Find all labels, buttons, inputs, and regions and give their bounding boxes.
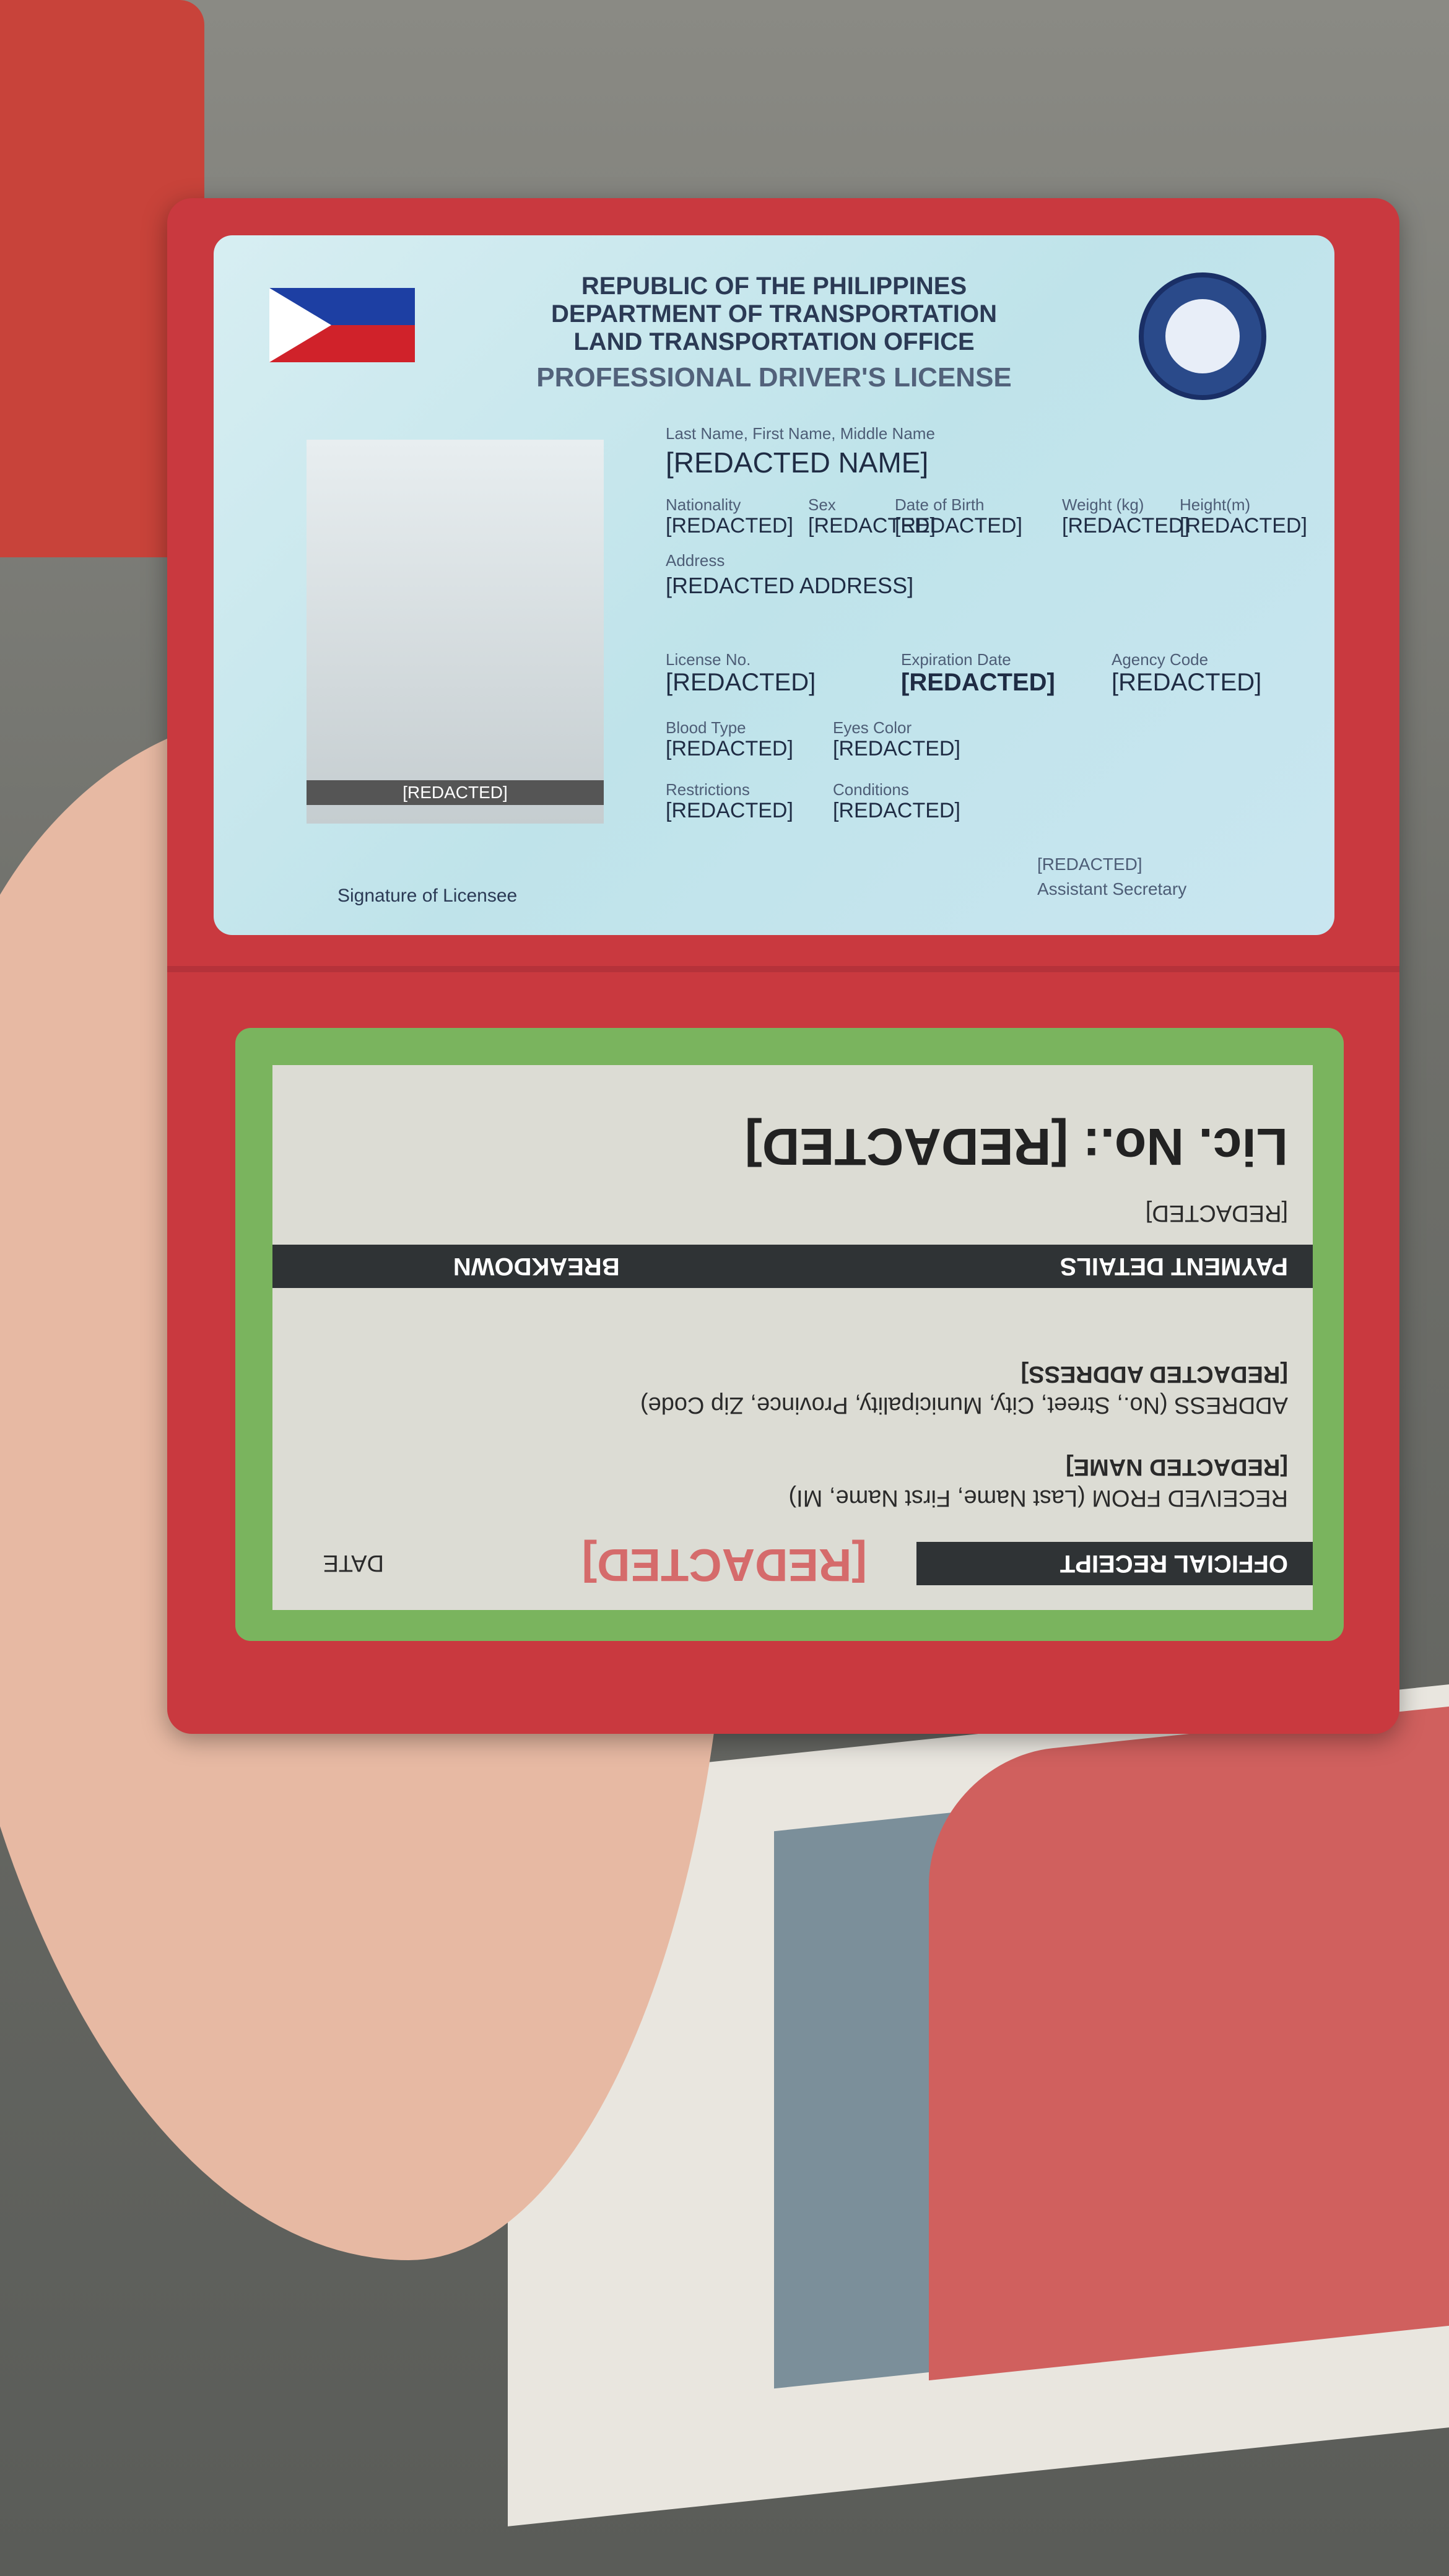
conditions-label: Conditions (833, 780, 909, 799)
agency-code-label: Agency Code (1112, 650, 1208, 669)
header-line-2: DEPARTMENT OF TRANSPORTATION (214, 300, 1334, 328)
blood-type-value: [REDACTED] (666, 737, 793, 761)
header-line-3: LAND TRANSPORTATION OFFICE (214, 328, 1334, 356)
official-name: [REDACTED] (1037, 855, 1142, 874)
restrictions-value: [REDACTED] (666, 799, 793, 823)
license-type-title: PROFESSIONAL DRIVER'S LICENSE (214, 362, 1334, 393)
sex-label: Sex (808, 495, 836, 515)
expiration-value: [REDACTED] (901, 669, 1055, 697)
wallet-top-panel: REPUBLIC OF THE PHILIPPINES DEPARTMENT O… (167, 198, 1399, 972)
address-label: Address (666, 551, 724, 570)
license-no-value: [REDACTED] (666, 669, 816, 697)
background-sack-print-red (929, 1707, 1449, 2380)
official-receipt: OFFICIAL RECEIPT [REDACTED] DATE RECEIVE… (272, 1065, 1313, 1610)
nationality-value: [REDACTED] (666, 514, 793, 538)
weight-value: [REDACTED] (1062, 514, 1190, 538)
name-value: [REDACTED NAME] (666, 446, 928, 479)
breakdown-label: BREAKDOWN (453, 1253, 620, 1280)
received-from-value: [REDACTED NAME] (1066, 1453, 1288, 1480)
height-label: Height(m) (1180, 495, 1250, 515)
license-header: REPUBLIC OF THE PHILIPPINES DEPARTMENT O… (214, 272, 1334, 393)
receipt-title: OFFICIAL RECEIPT (916, 1542, 1313, 1585)
receipt-license-number: Lic. No.: [REDACTED] (745, 1116, 1288, 1177)
header-line-1: REPUBLIC OF THE PHILIPPINES (214, 272, 1334, 300)
licensee-photo (307, 440, 604, 824)
license-no-label: License No. (666, 650, 751, 669)
restrictions-label: Restrictions (666, 780, 750, 799)
official-receipt-sleeve: OFFICIAL RECEIPT [REDACTED] DATE RECEIVE… (235, 1028, 1344, 1641)
dob-value: [REDACTED] (895, 514, 1022, 538)
address-value: [REDACTED ADDRESS] (666, 573, 913, 599)
address-label: ADDRESS (No., Street, City, Municipality… (640, 1391, 1288, 1418)
agency-code-value: [REDACTED] (1112, 669, 1261, 697)
address-value: [REDACTED ADDRESS] (1021, 1360, 1288, 1387)
signature-label: Signature of Licensee (337, 885, 517, 907)
dob-label: Date of Birth (895, 495, 985, 515)
weight-label: Weight (kg) (1062, 495, 1144, 515)
blood-type-label: Blood Type (666, 718, 746, 738)
eyes-color-value: [REDACTED] (833, 737, 960, 761)
date-label: DATE (323, 1549, 384, 1576)
name-label: Last Name, First Name, Middle Name (666, 424, 935, 443)
photo-date: [REDACTED] (307, 780, 604, 805)
expiration-label: Expiration Date (901, 650, 1011, 669)
official-title: Assistant Secretary (1037, 879, 1186, 899)
conditions-value: [REDACTED] (833, 799, 960, 823)
drivers-license-card: REPUBLIC OF THE PHILIPPINES DEPARTMENT O… (214, 235, 1334, 935)
wallet-bottom-panel: OFFICIAL RECEIPT [REDACTED] DATE RECEIVE… (167, 972, 1399, 1734)
transaction-number: [REDACTED] (1146, 1199, 1288, 1226)
license-wallet: REPUBLIC OF THE PHILIPPINES DEPARTMENT O… (167, 198, 1399, 1734)
received-from-label: RECEIVED FROM (Last Name, First Name, MI… (788, 1484, 1288, 1511)
receipt-number: [REDACTED] (582, 1539, 867, 1591)
payment-details-label: PAYMENT DETAILS (1060, 1253, 1288, 1280)
nationality-label: Nationality (666, 495, 741, 515)
eyes-color-label: Eyes Color (833, 718, 912, 738)
height-value: [REDACTED] (1180, 514, 1307, 538)
payment-details-bar: PAYMENT DETAILS BREAKDOWN (272, 1245, 1313, 1288)
